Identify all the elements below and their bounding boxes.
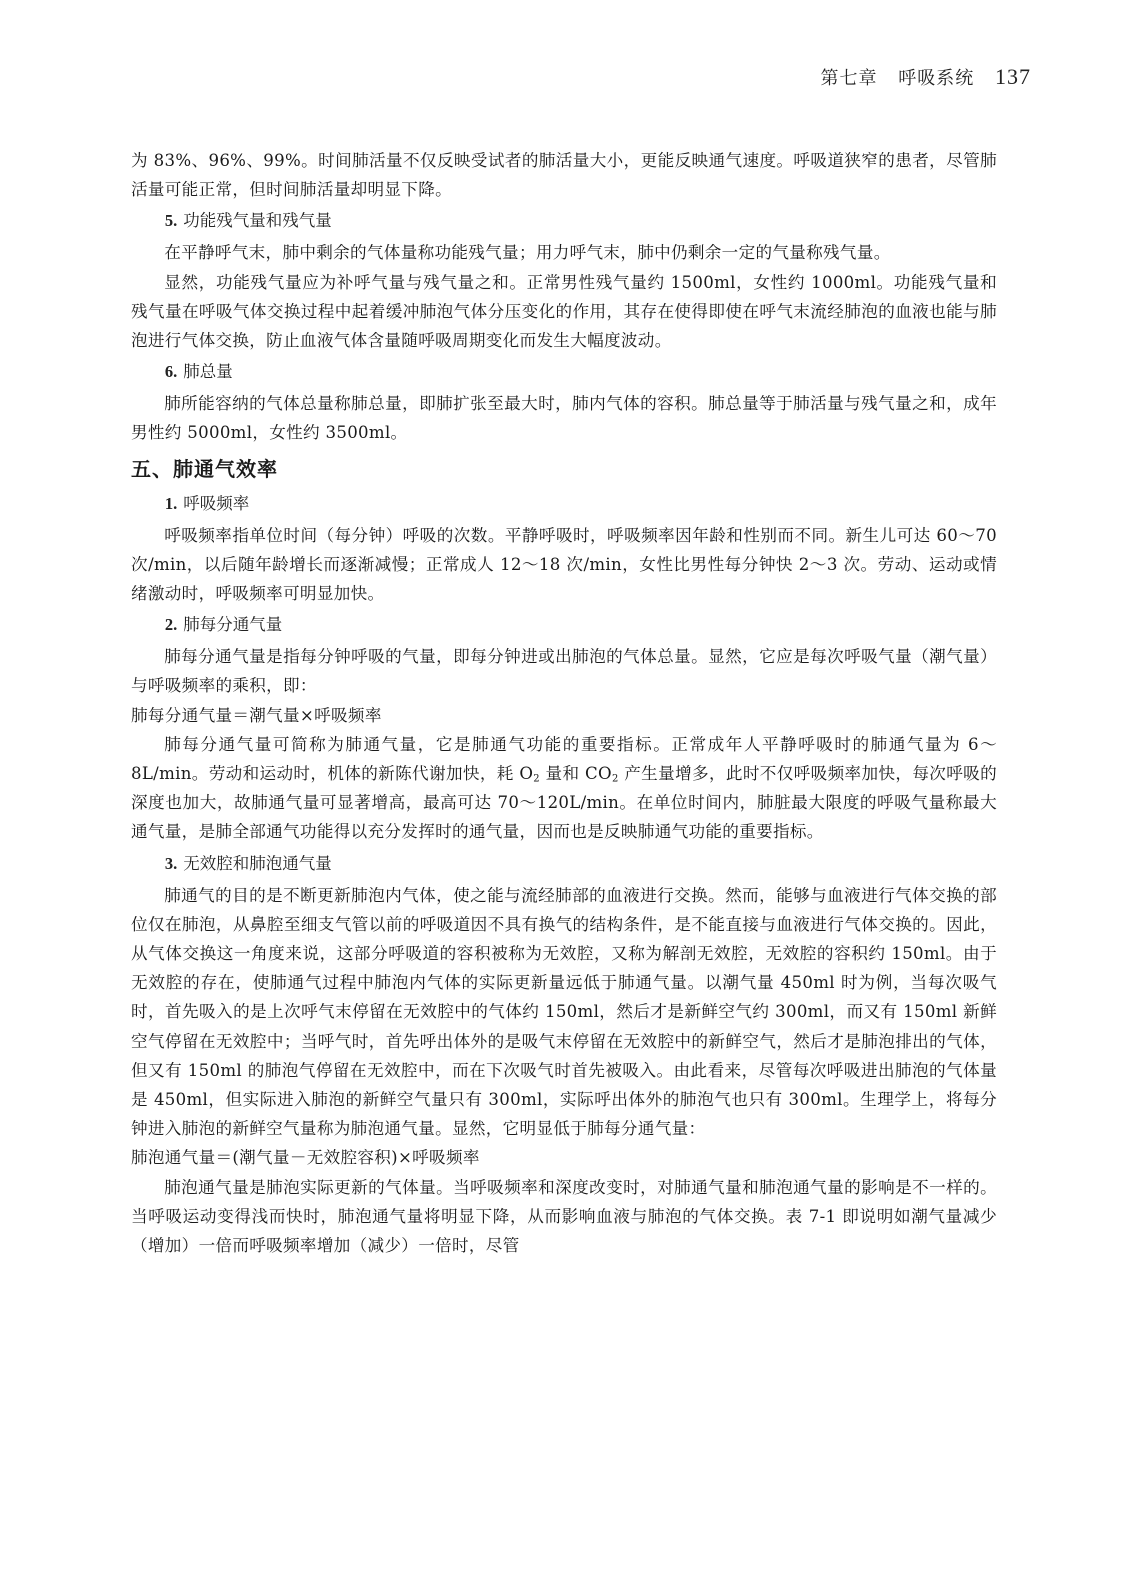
- paragraph: 肺所能容纳的气体总量称肺总量，即肺扩张至最大时，肺内气体的容积。肺总量等于肺活量…: [131, 389, 997, 447]
- subheading-text: 肺每分通气量: [183, 615, 282, 634]
- subheading-number: 3.: [165, 854, 177, 873]
- subheading-number: 1.: [165, 494, 177, 513]
- subheading-text: 肺总量: [183, 362, 233, 381]
- paragraph: 肺每分通气量是指每分钟呼吸的气量，即每分钟进或出肺泡的气体总量。显然，它应是每次…: [131, 642, 997, 700]
- section-heading: 五、肺通气效率: [131, 452, 997, 486]
- subheading-minute-ventilation: 2.肺每分通气量: [131, 611, 997, 639]
- running-header: 第七章 呼吸系统 137: [821, 64, 1031, 90]
- subheading-respiratory-rate: 1.呼吸频率: [131, 490, 997, 518]
- chapter-label: 第七章: [821, 68, 878, 89]
- subheading-text: 无效腔和肺泡通气量: [183, 854, 332, 873]
- chapter-title: 呼吸系统: [898, 68, 974, 89]
- page-body: 为 83%、96%、99%。时间肺活量不仅反映受试者的肺活量大小，更能反映通气速…: [131, 146, 997, 1260]
- paragraph: 显然，功能残气量应为补呼气量与残气量之和。正常男性残气量约 1500ml，女性约…: [131, 268, 997, 356]
- paragraph: 肺泡通气量是肺泡实际更新的气体量。当呼吸频率和深度改变时，对肺通气量和肺泡通气量…: [131, 1173, 997, 1261]
- formula-alveolar-ventilation: 肺泡通气量＝(潮气量－无效腔容积)×呼吸频率: [131, 1143, 997, 1172]
- text-run: 量和 CO: [540, 764, 612, 783]
- paragraph: 肺每分通气量可简称为肺通气量，它是肺通气功能的重要指标。正常成年人平静呼吸时的肺…: [131, 730, 997, 847]
- formula-minute-ventilation: 肺每分通气量＝潮气量×呼吸频率: [131, 701, 997, 730]
- subscript: 2: [612, 774, 619, 785]
- subheading-functional-residual-capacity: 5.功能残气量和残气量: [131, 207, 997, 235]
- subheading-text: 呼吸频率: [183, 494, 249, 513]
- subheading-total-lung-capacity: 6.肺总量: [131, 358, 997, 386]
- subheading-number: 5.: [165, 211, 177, 230]
- subheading-dead-space: 3.无效腔和肺泡通气量: [131, 850, 997, 878]
- paragraph: 呼吸频率指单位时间（每分钟）呼吸的次数。平静呼吸时，呼吸频率因年龄和性别而不同。…: [131, 521, 997, 609]
- paragraph: 为 83%、96%、99%。时间肺活量不仅反映受试者的肺活量大小，更能反映通气速…: [131, 146, 997, 204]
- page-number: 137: [995, 64, 1031, 89]
- paragraph: 在平静呼气末，肺中剩余的气体量称功能残气量；用力呼气末，肺中仍剩余一定的气量称残…: [131, 238, 997, 267]
- subheading-number: 6.: [165, 362, 177, 381]
- paragraph: 肺通气的目的是不断更新肺泡内气体，使之能与流经肺部的血液进行交换。然而，能够与血…: [131, 881, 997, 1144]
- subscript: 2: [533, 774, 540, 785]
- subheading-number: 2.: [165, 615, 177, 634]
- subheading-text: 功能残气量和残气量: [183, 211, 332, 230]
